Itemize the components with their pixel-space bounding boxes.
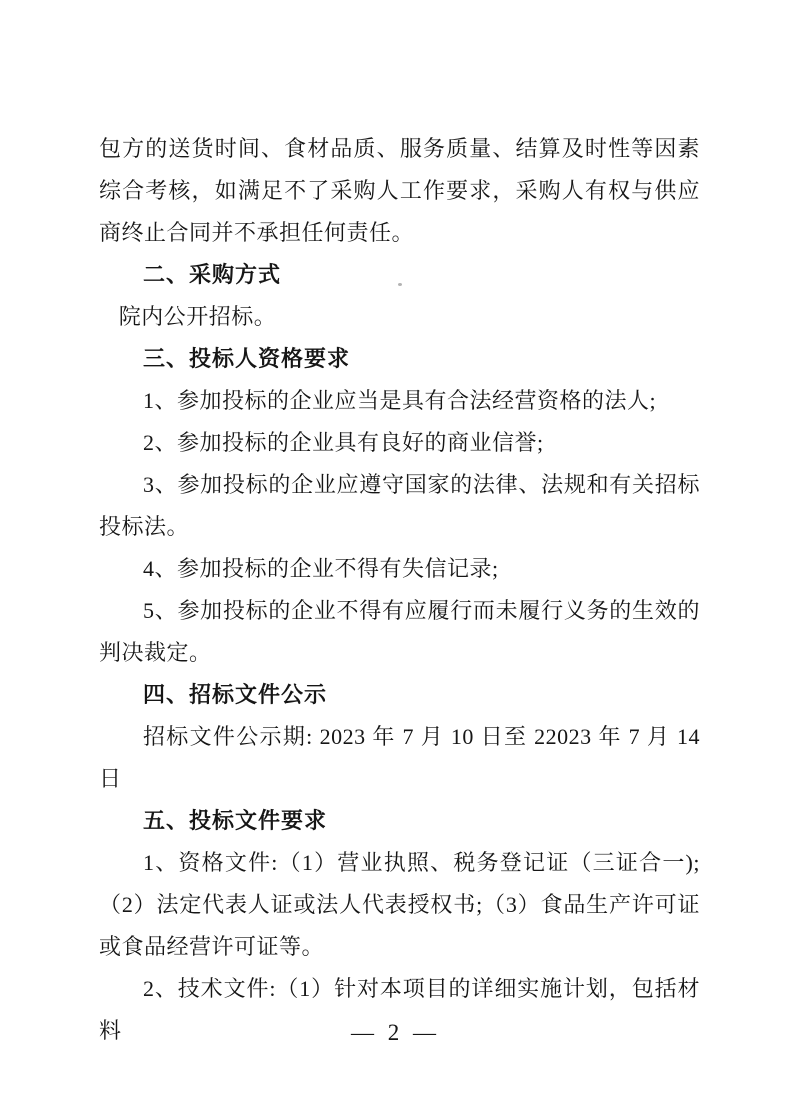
qualification-item-1: 1、参加投标的企业应当是具有合法经营资格的法人; [99,380,700,422]
section-heading-tender-doc-publicity: 四、招标文件公示 [99,674,700,716]
section-heading-procurement-method: 二、采购方式 [99,254,700,296]
qualification-item-5: 5、参加投标的企业不得有应履行而未履行义务的生效的判决裁定。 [99,590,700,674]
section-heading-bid-doc-requirements: 五、投标文件要求 [99,800,700,842]
qualification-item-4: 4、参加投标的企业不得有失信记录; [99,548,700,590]
section-heading-bidder-qualifications: 三、投标人资格要求 [99,338,700,380]
document-page: 包方的送货时间、食材品质、服务质量、结算及时性等因素综合考核，如满足不了采购人工… [0,0,791,1118]
paragraph-publicity-period: 招标文件公示期: 2023 年 7 月 10 日至 22023 年 7 月 14… [99,716,700,800]
paragraph-bidding-method: 院内公开招标。 [99,296,700,338]
requirement-item-qualification-documents: 1、资格文件:（1）营业执照、税务登记证（三证合一);（2）法定代表人证或法人代… [99,842,700,968]
qualification-item-3: 3、参加投标的企业应遵守国家的法律、法规和有关招标投标法。 [99,464,700,548]
qualification-item-2: 2、参加投标的企业具有良好的商业信誉; [99,422,700,464]
paragraph-contract-assessment: 包方的送货时间、食材品质、服务质量、结算及时性等因素综合考核，如满足不了采购人工… [99,128,700,254]
scan-speck [398,283,402,286]
document-body: 包方的送货时间、食材品质、服务质量、结算及时性等因素综合考核，如满足不了采购人工… [99,128,700,1052]
page-number: — 2 — [0,1012,791,1054]
